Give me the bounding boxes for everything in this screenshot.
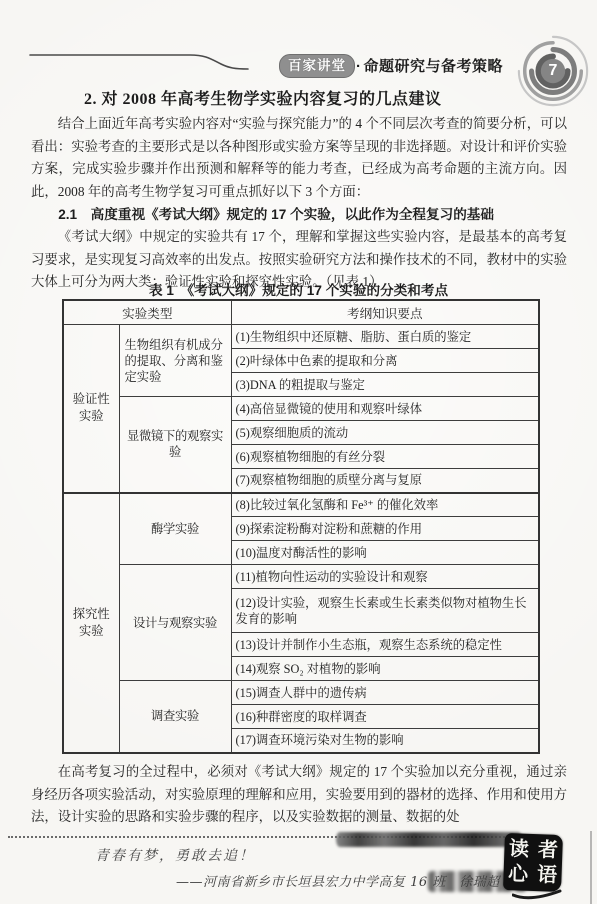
subcategory-microscope: 显微镜下的观察实验 <box>119 397 231 493</box>
header-divider-line <box>28 49 250 73</box>
subsection-heading-2-1: 2.1 高度重视《考试大纲》规定的 17 个实验，以此作为全程复习的基础 <box>31 203 567 223</box>
subcategory-survey: 调查实验 <box>119 681 231 753</box>
knowledge-point-cell: (8)比较过氧化氢酶和 Fe³⁺ 的催化效率 <box>231 493 539 517</box>
table-row: 探究性 实验 酶学实验 (8)比较过氧化氢酶和 Fe³⁺ 的催化效率 <box>63 493 539 517</box>
knowledge-point-cell: (11)植物向性运动的实验设计和观察 <box>231 565 539 589</box>
print-through-smudge <box>336 832 522 847</box>
paragraph-intro: 结合上面近年高考实验内容对“实验与探究能力”的 4 个不同层次考查的简要分析，可… <box>31 113 567 203</box>
reader-words-stamp: 读 者 心 语 <box>503 833 563 892</box>
stamp-char: 者 <box>537 838 558 864</box>
scan-edge-artifact <box>590 831 592 904</box>
table-caption: 表 1 《考试大纲》规定的 17 个实验的分类和考点 <box>0 279 597 299</box>
paragraph-closing: 在高考复习的全过程中，必须对《考试大纲》规定的 17 个实验加以充分重视，通过亲… <box>31 761 567 829</box>
stamp-char: 心 <box>508 862 529 888</box>
table-row: 验证性 实验 生物组织有机成分的提取、分离和鉴定实验 (1)生物组织中还原糖、脂… <box>63 325 539 349</box>
scanned-document-page: 百家讲堂 ·命题研究与备考策略 7 2. 对 2008 年高考生物学实验内容复习… <box>0 0 597 904</box>
experiments-classification-table: 实验类型 考纲知识要点 验证性 实验 生物组织有机成分的提取、分离和鉴定实验 (… <box>62 299 540 754</box>
category-exploration: 探究性 实验 <box>63 493 119 753</box>
stamp-char: 读 <box>509 837 530 863</box>
stamp-char: 语 <box>537 863 558 889</box>
column-badge: 百家讲堂 <box>279 54 355 78</box>
subcategory-extraction: 生物组织有机成分的提取、分离和鉴定实验 <box>119 325 231 397</box>
header-experiment-type: 实验类型 <box>63 300 231 325</box>
table-row: 显微镜下的观察实验 (4)高倍显微镜的使用和观察叶绿体 <box>63 397 539 421</box>
knowledge-point-cell: (14)观察 SO₂ 对植物的影响 <box>231 657 539 681</box>
document-title: 2. 对 2008 年高考生物学实验内容复习的几点建议 <box>84 86 554 109</box>
knowledge-point-cell: (16)种群密度的取样调查 <box>231 705 539 729</box>
knowledge-point-cell: (2)叶绿体中色素的提取和分离 <box>231 349 539 373</box>
section-heading: ·命题研究与备考策略 <box>356 55 503 76</box>
knowledge-point-cell: (3)DNA 的粗提取与鉴定 <box>231 373 539 397</box>
subcategory-enzyme: 酶学实验 <box>119 493 231 565</box>
table-header-row: 实验类型 考纲知识要点 <box>63 300 539 325</box>
stamp-underline-swoosh <box>512 888 564 902</box>
knowledge-point-cell: (17)调查环境污染对生物的影响 <box>231 729 539 753</box>
table-row: 调查实验 (15)调查人群中的遗传病 <box>63 681 539 705</box>
knowledge-point-cell: (9)探索淀粉酶对淀粉和蔗糖的作用 <box>231 517 539 541</box>
knowledge-point-cell: (13)设计并制作小生态瓶，观察生态系统的稳定性 <box>231 633 539 657</box>
subcategory-design-observe: 设计与观察实验 <box>119 565 231 681</box>
knowledge-point-cell: (5)观察细胞质的流动 <box>231 421 539 445</box>
section-heading-label: 命题研究与备考策略 <box>364 58 504 75</box>
knowledge-point-cell: (1)生物组织中还原糖、脂肪、蛋白质的鉴定 <box>231 325 539 349</box>
reader-quote: 青春有梦，勇敢去追！ <box>95 845 255 865</box>
separator-dot: · <box>356 58 362 75</box>
table-row: 设计与观察实验 (11)植物向性运动的实验设计和观察 <box>63 565 539 589</box>
knowledge-point-cell: (10)温度对酶活性的影响 <box>231 541 539 565</box>
knowledge-point-cell: (7)观察植物细胞的质壁分离与复原 <box>231 469 539 493</box>
category-verification: 验证性 实验 <box>63 325 119 493</box>
knowledge-point-cell: (15)调查人群中的遗传病 <box>231 681 539 705</box>
knowledge-point-cell: (4)高倍显微镜的使用和观察叶绿体 <box>231 397 539 421</box>
knowledge-point-cell: (12)设计实验，观察生长素或生长素类似物对植物生长发育的影响 <box>231 589 539 633</box>
column-badge-label: 百家讲堂 <box>288 58 346 73</box>
knowledge-point-cell: (6)观察植物细胞的有丝分裂 <box>231 445 539 469</box>
header-knowledge-points: 考纲知识要点 <box>231 300 539 325</box>
